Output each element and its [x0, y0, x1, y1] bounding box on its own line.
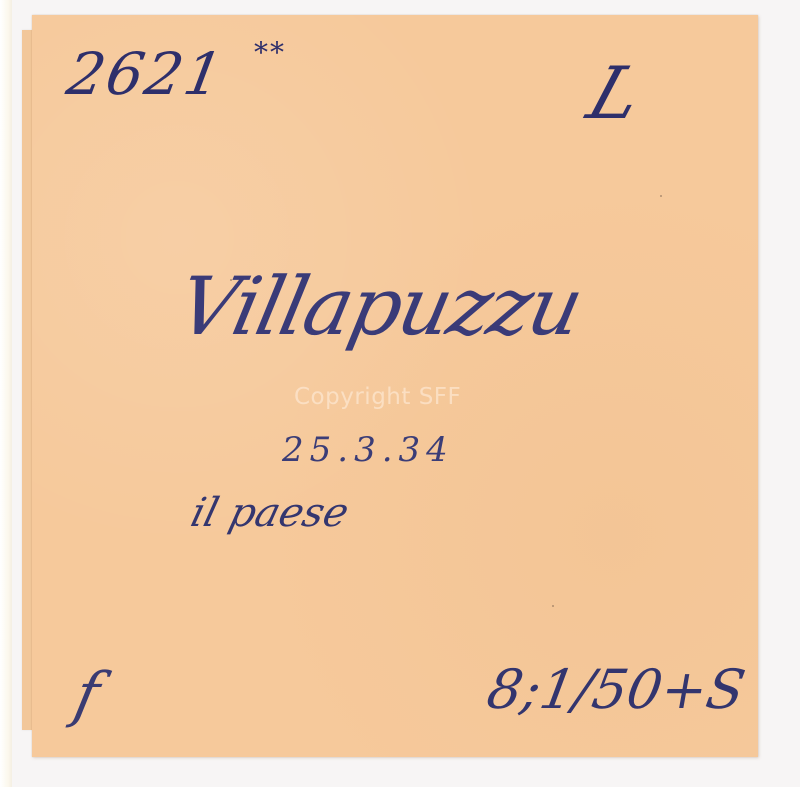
letter-code: L — [580, 57, 651, 129]
copyright-watermark: Copyright SFF — [294, 384, 461, 410]
place-name: Villapuzzu — [171, 267, 587, 347]
catalog-number: 2621 — [63, 45, 229, 103]
archive-card: 2621 ** L Villapuzzu 25.3.34 il paese f … — [32, 15, 758, 757]
page-edge-strip — [0, 0, 12, 787]
paper-speck — [490, 325, 492, 327]
star-marks-icon: ** — [254, 39, 286, 67]
paper-speck — [230, 279, 232, 281]
bottom-right-note: 8;1/50+S — [483, 663, 749, 717]
subject-note: il paese — [187, 493, 353, 533]
paper-speck — [660, 195, 662, 197]
date: 25.3.34 — [282, 433, 454, 467]
paper-speck — [552, 605, 554, 607]
bottom-left-mark: f — [70, 665, 105, 725]
